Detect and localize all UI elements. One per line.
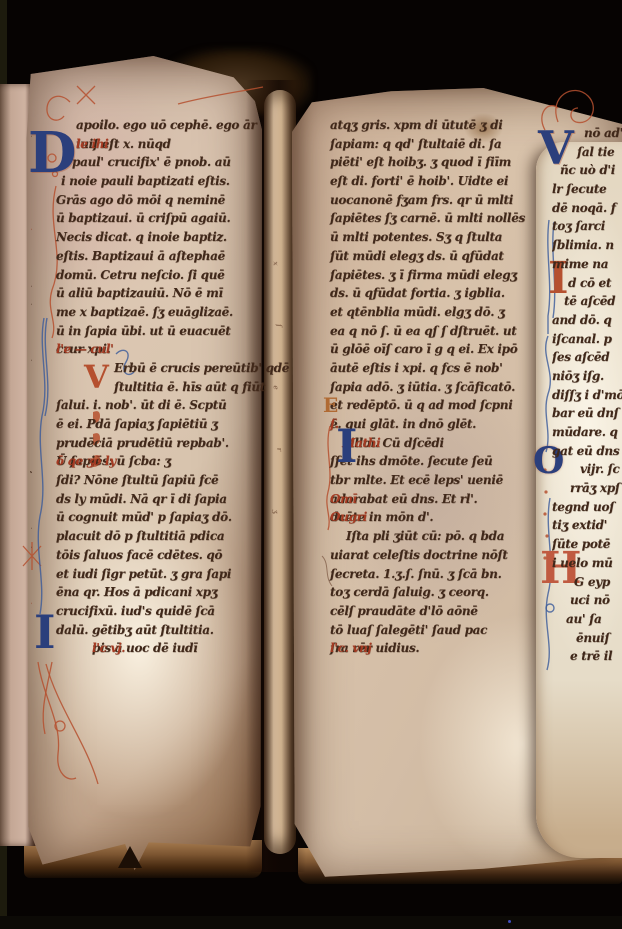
body-text: i uelo mū bbox=[552, 554, 613, 573]
rubric-text: Omī bbox=[330, 490, 357, 509]
body-text: gat eū dns bbox=[552, 442, 619, 461]
rubric-text: l'c vj. bbox=[92, 639, 125, 658]
body-text: et iudi ſigr petūt. ʒ gra ſapi bbox=[56, 565, 231, 584]
text-line: ſapiam: q qd' ſtultaiē di. ſa bbox=[330, 135, 538, 154]
body-text: eſt di. forti' ē hoib'. Uidte ei bbox=[330, 172, 508, 191]
text-line: Iſta pli ʒiūt cū: pō. q bda bbox=[330, 527, 538, 546]
body-text: et redēptō. ū q ad mod ſcpni bbox=[330, 396, 512, 415]
text-line: ſep bbox=[2, 215, 32, 234]
body-text: d cō et bbox=[568, 274, 611, 293]
body-text: niōʒ iſg. bbox=[552, 367, 604, 386]
text-line: ſra rēr uidius. l'c. vnj bbox=[330, 639, 538, 658]
body-text: ſapia adō. ʒ iūtia. ʒ ſcāficatō. bbox=[330, 378, 515, 397]
text-line: ea q nō ſ. ū ea qſ ſ dſtruēt. ut bbox=[330, 322, 538, 341]
text-line: iſcanal. p bbox=[552, 330, 622, 349]
body-text: Erbū ē crucis pereūtib' qdē bbox=[114, 359, 289, 378]
text-line: ſir bbox=[2, 346, 32, 365]
next-folio-text-column: nō ad'ſal tieñc uò d'ilr ſecutedē noqā. … bbox=[552, 124, 622, 666]
body-text: ſapiam: q qd' ſtultaiē di. ſa bbox=[330, 135, 501, 154]
text-line: tōis ſaluos facē cdētes. qō bbox=[56, 546, 256, 565]
rubric-text: ō qe ʒō ly bbox=[56, 452, 116, 471]
text-line: ſapiētes. ʒ ī firma mūdi elegʒ bbox=[330, 266, 538, 285]
text-line: ēna qr. Hos ā pdicani xpʒ bbox=[56, 583, 256, 602]
body-text: ñc uò d'i bbox=[560, 161, 615, 180]
body-text: mime na bbox=[552, 255, 608, 274]
body-text: Iſta pli ʒiūt cū: pō. q bda bbox=[346, 527, 504, 546]
text-line: rrāʒ xpſ bbox=[552, 479, 622, 498]
text-line: Grās ago dō mōi q neminē bbox=[56, 191, 256, 210]
text-line: ds ly mūdi. Nā qr ī di ſapia bbox=[56, 490, 256, 509]
body-text: ū glōē oīſ caro ī g q ei. Ex ipō bbox=[330, 340, 517, 359]
body-text: ds. ū qfūdat fortia. ʒ igblia. bbox=[330, 284, 505, 303]
text-line: uocanonē fʒam frs. qr ū mlti bbox=[330, 191, 538, 210]
text-line: vn bbox=[2, 608, 32, 627]
text-line: ſcā bbox=[2, 514, 32, 533]
text-line: prudēciā prudētiū repbab'. bbox=[56, 434, 256, 453]
text-line: lr ſecute bbox=[552, 180, 622, 199]
body-text: ū mlti potentes. Sʒ q ſtulta bbox=[330, 228, 502, 247]
text-line: d cō et bbox=[552, 274, 622, 293]
body-text: eſtis. Baptizaui ā aſtephaē bbox=[56, 247, 225, 266]
photo-bottom-band bbox=[0, 916, 622, 929]
text-line: e trē il bbox=[552, 647, 622, 666]
text-line: uiarat celeſtis doctrine nōſt bbox=[330, 546, 538, 565]
body-text: iſcanal. p bbox=[552, 330, 612, 349]
initial-D-blue: D bbox=[28, 124, 77, 182]
body-text: ſtultitia ē. hīs aūt q fiūt bbox=[114, 378, 265, 397]
text-line: by bbox=[2, 571, 32, 590]
text-line: ñc bbox=[2, 328, 32, 347]
text-line: ſapiētes ſʒ carnē. ū mlti nollēs bbox=[330, 209, 538, 228]
body-text: piēti' eſt hoibʒ. ʒ quod ī fiīm bbox=[330, 153, 511, 172]
text-line: im bbox=[2, 384, 32, 403]
text-line: 42 bbox=[2, 421, 32, 440]
text-line: pis ā uoc dē iudī l'c vj. bbox=[56, 639, 256, 658]
text-line: Necis dicat. q inoie baptiz. bbox=[56, 228, 256, 247]
text-line: diſſʒ i d'mō bbox=[552, 386, 622, 405]
text-line: gat eū dns bbox=[552, 442, 622, 461]
body-text: vijr. ſc bbox=[580, 460, 620, 479]
text-line: jrō bbox=[2, 458, 32, 477]
body-text: ſes aſcēd bbox=[552, 348, 609, 367]
body-text: ū in ſapia ūbi. ut ū euacuēt bbox=[56, 322, 231, 341]
text-line: ū glōē oīſ caro ī g q ei. Ex ipō bbox=[330, 340, 538, 359]
text-line: crur xpi. l'e — cul' bbox=[56, 340, 256, 359]
body-text: ſūt mūdi elegʒ ds. ū qfūdat bbox=[330, 247, 504, 266]
text-line: eſtis. Baptizaui ā aſtephaē bbox=[56, 247, 256, 266]
gutter-ink-speck: r bbox=[276, 447, 283, 451]
gutter-ink-speck: e bbox=[273, 385, 280, 390]
text-line: ñc uò d'i bbox=[552, 161, 622, 180]
text-line: and dō. q bbox=[552, 311, 622, 330]
body-text: lr ſecute bbox=[552, 180, 606, 199]
text-line: ſal tie bbox=[552, 143, 622, 162]
text-line: ſā bbox=[2, 589, 32, 608]
body-text: ſapiētes. ʒ ī firma mūdi elegʒ bbox=[330, 266, 517, 285]
text-line: ſblimia. n bbox=[552, 236, 622, 255]
body-text: tegnd uoſ bbox=[552, 498, 614, 517]
text-line: atō bbox=[2, 365, 32, 384]
body-text: tōis ſaluos facē cdētes. qō bbox=[56, 546, 222, 565]
text-line: ū aliū baptizauiū. Nō ē mī bbox=[56, 284, 256, 303]
text-line: ū baptizaui. ū criſpū agaiū. bbox=[56, 209, 256, 228]
text-line: ſdi? Nōne ſtultū ſapiū fcē bbox=[56, 471, 256, 490]
text-line: noi bbox=[2, 496, 32, 515]
text-line: pn bbox=[2, 477, 32, 496]
text-line: i bbox=[2, 627, 32, 646]
initial-I-blue: I bbox=[34, 608, 56, 656]
text-line: ē. qui glāt. in dnō glēt. ſ. bbox=[330, 415, 538, 434]
text-line: ū cognuit mūd' p ſapiaʒ dō. bbox=[56, 508, 256, 527]
text-line: pub. bbox=[2, 253, 32, 272]
text-line: bar eū dnſ bbox=[552, 404, 622, 423]
body-text: ū baptizaui. ū criſpū agaiū. bbox=[56, 209, 230, 228]
body-text: ū aliū baptizauiū. Nō ē mī bbox=[56, 284, 223, 303]
text-line: ū in ſapia ūbi. ut ū euacuēt bbox=[56, 322, 256, 341]
gutter-ink-speck: x bbox=[272, 261, 279, 266]
text-line: mūdare. q bbox=[552, 423, 622, 442]
body-text: au' ſa bbox=[566, 610, 602, 629]
initial-V-red: V bbox=[84, 360, 109, 394]
body-text: ſapiētes ſʒ carnē. ū mlti nollēs bbox=[330, 209, 525, 228]
text-line: ſc bbox=[2, 533, 32, 552]
body-text: me x baptizaē. ſʒ euāglizaē. bbox=[56, 303, 233, 322]
body-text: āutē eſtis i xpi. q fcs ē nob' bbox=[330, 359, 502, 378]
body-text: mūdare. q bbox=[552, 423, 618, 442]
text-line: tē aſcēd bbox=[552, 292, 622, 311]
text-line: et qtēnblia mūdi. elgʒ dō. ʒ bbox=[330, 303, 538, 322]
body-text: ēnuiſ bbox=[576, 629, 609, 648]
text-line: ē ei. Pdā ſapiaʒ ſapiētiū ʒ bbox=[56, 415, 256, 434]
right-page-text-column: atqʒ gris. xpm di ūtutē ʒ diſapiam: q qd… bbox=[330, 116, 538, 658]
text-line: ēnuiſ bbox=[552, 629, 622, 648]
body-text: ſecreta. 1.ʒ.ſ. ſnū. ʒ ſcā bn. bbox=[330, 565, 501, 584]
text-line: mime na bbox=[552, 255, 622, 274]
text-line: Ū ſapiēs: ū ſcba: ʒ ō qe ʒō ly bbox=[56, 452, 256, 471]
text-line: killoī. Cū dſcēdi Mathi bbox=[330, 434, 538, 453]
body-text: ds ly mūdi. Nā qr ī di ſapia bbox=[56, 490, 227, 509]
body-text: ea q nō ſ. ū ea qſ ſ dſtruēt. ut bbox=[330, 322, 516, 341]
body-text: toʒ cerdā ſaluig. ʒ ceorq. bbox=[330, 583, 489, 602]
body-text: and dō. q bbox=[552, 311, 612, 330]
body-text: tō luaſ ſalegēti' ſaud pac bbox=[330, 621, 487, 640]
initial-I-blue-right: I bbox=[336, 422, 358, 470]
text-line: toʒ cerdā ſaluig. ʒ ceorq. bbox=[330, 583, 538, 602]
body-text: Grās ago dō mōi q neminē bbox=[56, 191, 225, 210]
gutter-ink-speck: ʒ bbox=[272, 509, 279, 514]
text-line: placuit dō p ſtultitiā pdica bbox=[56, 527, 256, 546]
body-text: tē aſcēd bbox=[564, 292, 615, 311]
text-line: hui bbox=[2, 197, 32, 216]
text-line: tegnd uoſ bbox=[552, 498, 622, 517]
text-line: eſt di. forti' ē hoib'. Uidte ei bbox=[330, 172, 538, 191]
body-text: tbr mlte. Et ecē leps' ueniē bbox=[330, 471, 503, 490]
text-line: au' ſa bbox=[552, 610, 622, 629]
left-page-bottom-notch bbox=[118, 846, 142, 868]
text-line: et iudi ſigr petūt. ʒ gra ſapi bbox=[56, 565, 256, 584]
text-line: cēlſ praudāte d'lō aōnē bbox=[330, 602, 538, 621]
text-line: uci nō bbox=[552, 591, 622, 610]
body-text: placuit dō p ſtultitiā pdica bbox=[56, 527, 224, 546]
text-line: ū rcl. bbox=[2, 234, 32, 253]
rubric-text: le ihi bbox=[76, 135, 108, 154]
text-line: i noie pauli baptizati eſtis. bbox=[56, 172, 256, 191]
text-line: dcēte in mōn d'. Ougri bbox=[330, 508, 538, 527]
body-text: et qtēnblia mūdi. elgʒ dō. ʒ bbox=[330, 303, 505, 322]
gutter-ink-speck: ſ bbox=[276, 324, 283, 328]
text-line: ſſet ihs dmōte. ſecute ſeū bbox=[330, 452, 538, 471]
text-line: cha. bbox=[2, 309, 32, 328]
text-line: ni bbox=[2, 552, 32, 571]
text-line: nō ad' bbox=[552, 124, 622, 143]
text-line: crucifixū. iud's quidē ſcā bbox=[56, 602, 256, 621]
rubric-text: Ougri bbox=[330, 508, 367, 527]
body-text: dalū. gētibʒ aūt ſtultitia. bbox=[56, 621, 214, 640]
body-text: ēna qr. Hos ā pdicani xpʒ bbox=[56, 583, 217, 602]
text-line: tō luaſ ſalegēti' ſaud pac bbox=[330, 621, 538, 640]
body-text: Necis dicat. q inoie baptiz. bbox=[56, 228, 227, 247]
text-line: et redēptō. ū q ad mod ſcpni bbox=[330, 396, 538, 415]
text-line: ſūt mūdi elegʒ ds. ū qfūdat bbox=[330, 247, 538, 266]
body-text: domū. Cetru neſcio. ſi quē bbox=[56, 266, 225, 285]
body-text: tiʒ extid' bbox=[552, 516, 607, 535]
body-text: rrāʒ xpſ bbox=[570, 479, 620, 498]
text-line: ds. ū qfūdat fortia. ʒ igblia. bbox=[330, 284, 538, 303]
text-line: ſūte potē bbox=[552, 535, 622, 554]
text-line: atqʒ gris. xpm di ūtutē ʒ di bbox=[330, 116, 538, 135]
body-text: ſal tie bbox=[577, 143, 614, 162]
text-line: niōʒ iſg. bbox=[552, 367, 622, 386]
body-text: uiarat celeſtis doctrine nōſt bbox=[330, 546, 508, 565]
text-line: adorabat eū dns. Et rl'. Omī bbox=[330, 490, 538, 509]
text-line: ſapia adō. ʒ iūtia. ʒ ſcāficatō. bbox=[330, 378, 538, 397]
text-line: tbr mlte. Et ecē leps' ueniē bbox=[330, 471, 538, 490]
text-line: ſub bbox=[2, 272, 32, 291]
body-text: uocanonē fʒam frs. qr ū mlti bbox=[330, 191, 513, 210]
text-line: dē noqā. f bbox=[552, 199, 622, 218]
body-text: paul' crucifix' ē pnob. aū bbox=[72, 153, 231, 172]
body-text: dē noqā. f bbox=[552, 199, 616, 218]
body-text: cēlſ praudāte d'lō aōnē bbox=[330, 602, 478, 621]
text-line: iuiſ eſt x. nūqd le ihi bbox=[56, 135, 256, 154]
body-text: ſblimia. n bbox=[552, 236, 614, 255]
text-line: G eyp bbox=[552, 573, 622, 592]
text-line: imc. bbox=[2, 402, 32, 421]
body-text: ē ei. Pdā ſapiaʒ ſapiētiū ʒ bbox=[56, 415, 218, 434]
body-text: ſūte potē bbox=[552, 535, 610, 554]
body-text: atqʒ gris. xpm di ūtutē ʒ di bbox=[330, 116, 503, 135]
dust-speck bbox=[508, 920, 511, 923]
text-line: vijr. ſc bbox=[552, 460, 622, 479]
text-line: paul' crucifix' ē pnob. aū bbox=[56, 153, 256, 172]
body-text: bar eū dnſ bbox=[552, 404, 618, 423]
photograph-background: xſerʒ bbox=[0, 0, 622, 929]
body-text: G eyp bbox=[574, 573, 610, 592]
body-text: diſſʒ i d'mō bbox=[552, 386, 622, 405]
text-line: dalū. gētibʒ aūt ſtultitia. bbox=[56, 621, 256, 640]
initial-E-ochre: E bbox=[323, 394, 338, 416]
gutter-curled-strip: xſerʒ bbox=[264, 90, 296, 854]
text-line: ſalui. i. nob'. ūt di ē. Scptū bbox=[56, 396, 256, 415]
body-text: i noie pauli baptizati eſtis. bbox=[61, 172, 230, 191]
text-line: ſes aſcēd bbox=[552, 348, 622, 367]
body-text: ū cognuit mūd' p ſapiaʒ dō. bbox=[56, 508, 232, 527]
text-line: ſci bbox=[2, 290, 32, 309]
text-line: domū. Cetru neſcio. ſi quē bbox=[56, 266, 256, 285]
body-text: uci nō bbox=[570, 591, 610, 610]
text-line: toʒ ſarci bbox=[552, 217, 622, 236]
text-line: apoilo. ego uō cephē. ego ār bbox=[56, 116, 256, 135]
text-line: āutē eſtis i xpi. q fcs ē nob' bbox=[330, 359, 538, 378]
body-text: ſdi? Nōne ſtultū ſapiū fcē bbox=[56, 471, 218, 490]
text-line: can bbox=[2, 440, 32, 459]
body-text: toʒ ſarci bbox=[552, 217, 605, 236]
text-line: me x baptizaē. ſʒ euāglizaē. bbox=[56, 303, 256, 322]
body-text: ſalui. i. nob'. ūt di ē. Scptū bbox=[56, 396, 226, 415]
text-line: piēti' eſt hoibʒ. ʒ quod ī fiīm bbox=[330, 153, 538, 172]
previous-page-text-fragments: ſiʒimcod'ahuiſepū rcl.pub.ſubſcicha.ñcſi… bbox=[2, 122, 32, 645]
body-text: crucifixū. iud's quidē ſcā bbox=[56, 602, 215, 621]
rubric-text: l'e — cul' bbox=[56, 340, 114, 359]
text-line: ſecreta. 1.ʒ.ſ. ſnū. ʒ ſcā bn. bbox=[330, 565, 538, 584]
text-line: i uelo mū bbox=[552, 554, 622, 573]
text-line: ū mlti potentes. Sʒ q ſtulta bbox=[330, 228, 538, 247]
body-text: e trē il bbox=[570, 647, 612, 666]
body-text: prudēciā prudētiū repbab'. bbox=[56, 434, 229, 453]
rubric-text: l'c. vnj bbox=[330, 639, 372, 658]
body-text: nō ad' bbox=[584, 124, 622, 143]
text-line: tiʒ extid' bbox=[552, 516, 622, 535]
body-text: apoilo. ego uō cephē. ego ār bbox=[76, 116, 257, 135]
